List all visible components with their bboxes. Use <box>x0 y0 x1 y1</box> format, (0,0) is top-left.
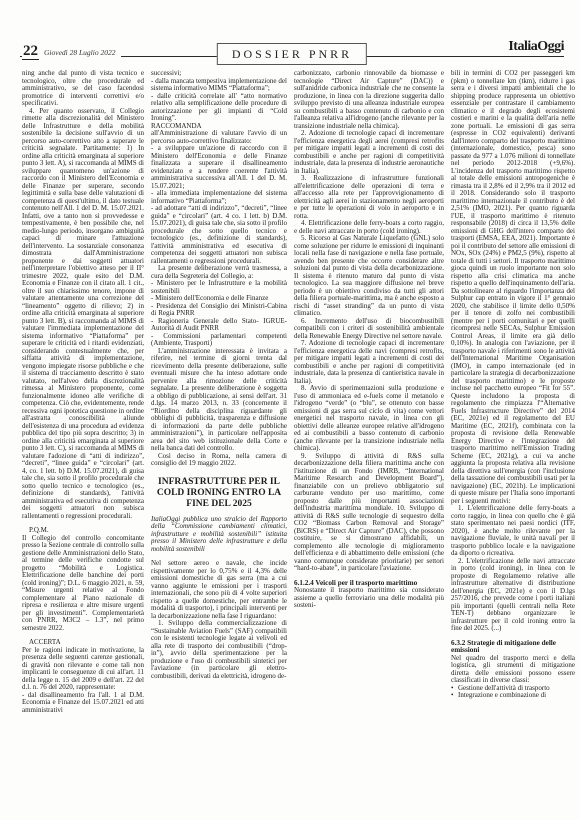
article-column: successivi;- dalla mancata tempestiva im… <box>151 70 287 820</box>
article-paragraph: - ad adottare “atti di indirizzo”, “decr… <box>151 205 287 265</box>
article-paragraph: 1. Sviluppo della commercializzazione di… <box>151 620 287 680</box>
bullet-item: Integrazione e combinazione di <box>451 692 575 700</box>
article-paragraph: 8. Avvio di sperimentazioni sulla produz… <box>294 385 444 453</box>
masthead-logo: ItaliaOggi <box>500 39 564 55</box>
article-paragraph: 2. Adozione di tecnologie capaci di incr… <box>294 130 444 175</box>
article-paragraph: bili in termini di CO2 per passeggeri km… <box>451 70 575 505</box>
article-paragraph: 1. L'elettrificazione delle ferry-boats … <box>451 505 575 558</box>
article-paragraph: La presente deliberazione verrà trasmess… <box>151 265 287 280</box>
article-paragraph: 9. Sviluppo di attività di R&S sulla dec… <box>294 453 444 573</box>
article-paragraph: carbonizzato, carbonio rinnovabile da bi… <box>294 70 444 130</box>
article-paragraph: Il Collegio del controllo concomitante p… <box>22 535 144 633</box>
article-paragraph: - dal disallineamento fra l'all. 1 al D.… <box>22 692 144 715</box>
article-paragraph: Per le ragioni indicate in motivazione, … <box>22 647 144 692</box>
article-section-heading: INFRASTRUTTURE PER IL COLD IRONING ENTRO… <box>153 477 285 510</box>
article-paragraph: - Commissioni parlamentari competenti (A… <box>151 333 287 348</box>
article-paragraph: 4. Elettrificazione delle ferry-boats a … <box>294 220 444 235</box>
section-title-box: DOSSIER PNRR <box>217 43 367 65</box>
newspaper-page: 22Giovedì 28 Luglio 2022 DOSSIER PNRR It… <box>0 0 580 820</box>
article-paragraph: Nonostante il trasporto marittimo sia co… <box>294 587 444 610</box>
article-paragraph: - dalla mancata tempestiva implementazio… <box>151 78 287 93</box>
article-paragraph: 2. L'elettrificazione delle navi attracc… <box>451 558 575 633</box>
article-paragraph: - Presidenza del Consiglio dei Ministri-… <box>151 303 287 318</box>
article-paragraph: 6. Incremento dell'uso di biocombustibil… <box>294 318 444 341</box>
page-header: 22Giovedì 28 Luglio 2022 DOSSIER PNRR It… <box>20 34 564 62</box>
article-column: carbonizzato, carbonio rinnovabile da bi… <box>294 70 444 820</box>
article-paragraph: - dalle criticità correlate all' “atto n… <box>151 93 287 123</box>
article-paragraph: - Ragioneria Generale dello Stato- IGRUE… <box>151 318 287 333</box>
article-column: bili in termini di CO2 per passeggeri km… <box>451 70 575 820</box>
article-paragraph: Nel quadro del trasporto merci e della l… <box>451 655 575 685</box>
article-paragraph: Così deciso in Roma, nella camera di con… <box>151 453 287 468</box>
article-columns: ning anche dal punto di vista tecnico e … <box>22 70 575 820</box>
article-paragraph: Nel settore aereo e navale, che incide r… <box>151 560 287 620</box>
folio: 22Giovedì 28 Luglio 2022 <box>22 42 121 60</box>
article-column: ning anche dal punto di vista tecnico e … <box>22 70 144 820</box>
article-subsection-heading: 6.3.2 Strategie di mitigazione delle emi… <box>451 640 575 655</box>
page-number: 22 <box>22 43 39 60</box>
article-paragraph: 5. Ricorso al Gas Naturale Liquefatto (G… <box>294 235 444 318</box>
section-title: DOSSIER PNRR <box>232 47 352 61</box>
article-paragraph: all'Amministrazione di valutare l'avvio … <box>151 130 287 145</box>
article-paragraph: ning anche dal punto di vista tecnico e … <box>22 70 144 108</box>
article-paragraph: - Ministero per le Infrastrutture e la m… <box>151 280 287 295</box>
article-paragraph: - a sviluppare un'azione di raccordo con… <box>151 145 287 190</box>
article-paragraph: 7. Adozione di tecnologie capaci di incr… <box>294 340 444 385</box>
edition-date: Giovedì 28 Luglio 2022 <box>44 48 115 57</box>
article-paragraph: - alla immediata implementazione del sis… <box>151 190 287 205</box>
article-intro: ItaliaOggi pubblica uno stralcio del Rap… <box>151 516 287 554</box>
article-paragraph: 4. Per quanto osservato, il Collegio rim… <box>22 108 144 521</box>
article-paragraph: 3. Realizzazione di infrastrutture funzi… <box>294 175 444 220</box>
article-paragraph: L'amministrazione interessata è invitata… <box>151 348 287 453</box>
